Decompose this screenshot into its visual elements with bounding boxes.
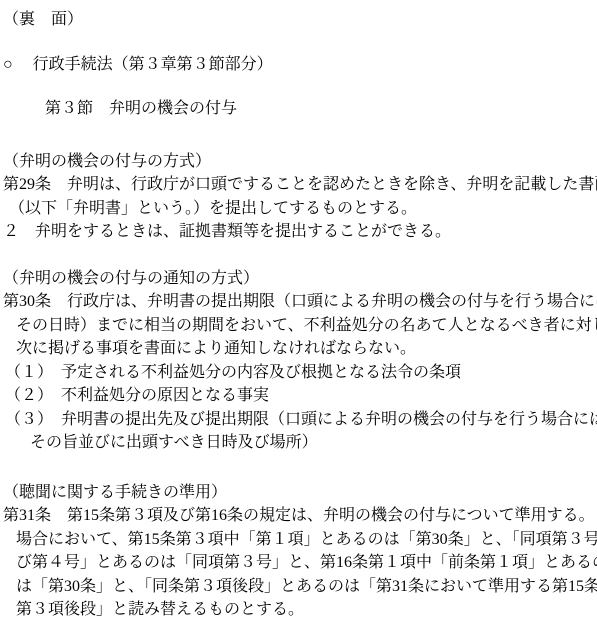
- line-article-text-cont: 場合において、第15条第３項中「第１項」とあるのは「第30条」と、「同項第３号及: [3, 528, 597, 552]
- line-article-caption: （聴聞に関する手続きの準用）: [3, 481, 597, 505]
- line-article-caption: （弁明の機会の付与の方式）: [3, 150, 597, 174]
- line-item-3-cont: その旨並びに出頭すべき日時及び場所）: [3, 431, 597, 455]
- line-article-caption: （弁明の機会の付与の通知の方式）: [3, 267, 597, 291]
- line-item-3: （３） 弁明書の提出先及び提出期限（口頭による弁明の機会の付与を行う場合には、: [3, 408, 597, 432]
- document-body: （裏 面）○ 行政手続法（第３章第３節部分）第３節 弁明の機会の付与（弁明の機会…: [3, 8, 597, 622]
- line-article-text: 第30条 行政庁は、弁明書の提出期限（口頭による弁明の機会の付与を行う場合には、: [3, 290, 597, 314]
- line-article-text: 第29条 弁明は、行政庁が口頭ですることを認めたときを除き、弁明を記載した書面: [3, 173, 597, 197]
- line-item-1: （１） 予定される不利益処分の内容及び根拠となる法令の条項: [3, 361, 597, 385]
- line-article-text-cont: は「第30条」と、「同条第３項後段」とあるのは「第31条において準用する第15条: [3, 575, 597, 599]
- line-article-text-cont: その日時）までに相当の期間をおいて、不利益処分の名あて人となるべき者に対し、: [3, 314, 597, 338]
- line-article-text: 第31条 第15条第３項及び第16条の規定は、弁明の機会の付与について準用する。…: [3, 504, 597, 528]
- document-page: （裏 面）○ 行政手続法（第３章第３節部分）第３節 弁明の機会の付与（弁明の機会…: [0, 0, 597, 633]
- line-article-text-cont: 次に掲げる事項を書面により通知しなければならない。: [3, 337, 597, 361]
- line-article-text-cont: び第４号」とあるのは「同項第３号」と、第16条第１項中「前条第１項」とあるの: [3, 551, 597, 575]
- line-article-text-cont: 第３項後段」と読み替えるものとする。: [3, 598, 597, 622]
- line-item-2: （２） 不利益処分の原因となる事実: [3, 384, 597, 408]
- line-section-heading: 第３節 弁明の機会の付与: [3, 97, 597, 121]
- line-law-title: ○ 行政手続法（第３章第３節部分）: [3, 53, 597, 77]
- line-paragraph-2: ２ 弁明をするときは、証拠書類等を提出することができる。: [3, 220, 597, 244]
- line-page-side-label: （裏 面）: [3, 8, 597, 32]
- line-article-text-cont: （以下「弁明書」という。）を提出してするものとする。: [3, 197, 597, 221]
